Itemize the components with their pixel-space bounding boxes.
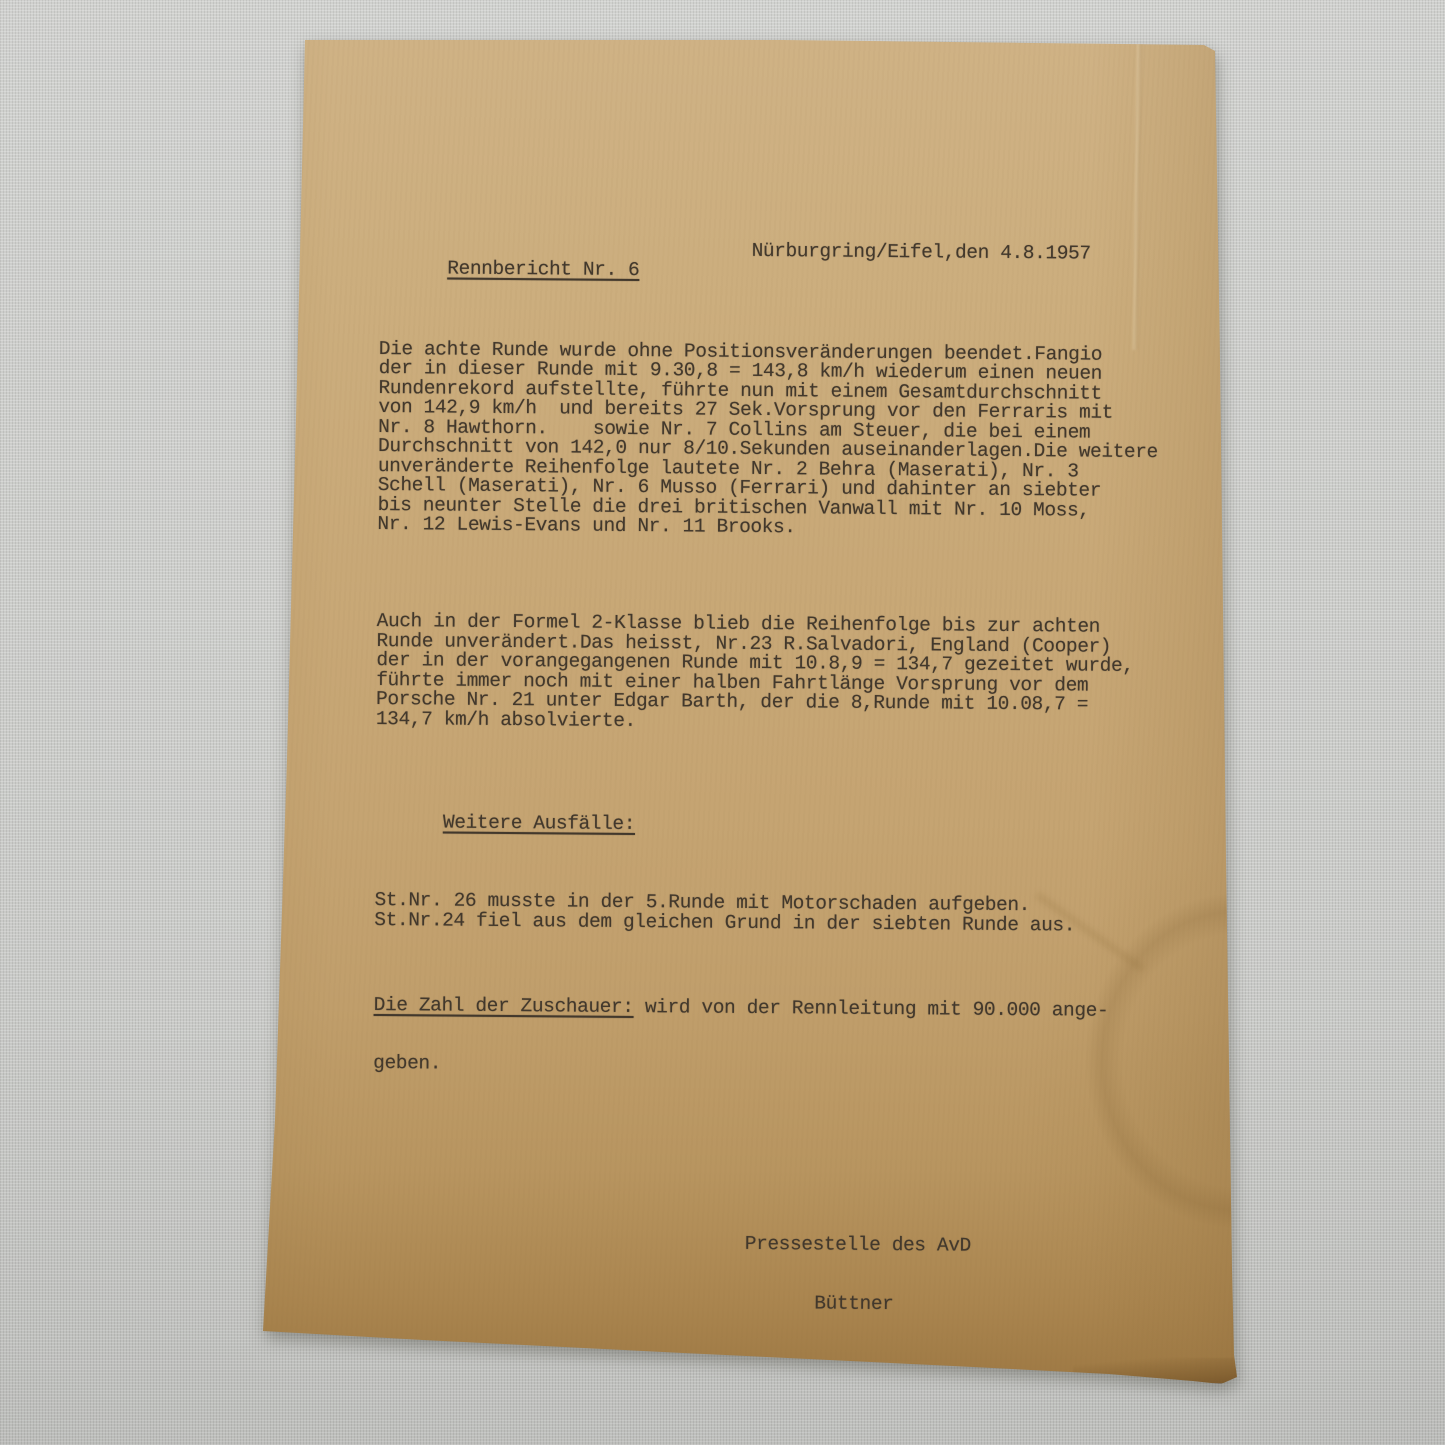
report-dateline: Nürburgring/Eifel,den 4.8.1957 xyxy=(752,242,1091,264)
retirements-lines: St.Nr. 26 musste in der 5.Runde mit Moto… xyxy=(374,891,1174,936)
report-header-row: Rennbericht Nr. 6 Nürburgring/Eifel,den … xyxy=(380,239,1180,265)
signature-block: Pressestelle des AvD Büttner xyxy=(744,1196,1172,1355)
signature-org: Pressestelle des AvD xyxy=(745,1235,1172,1258)
retirements-heading: Weitere Ausfälle: xyxy=(443,812,635,836)
report-paragraph-2: Auch in der Formel 2-Klasse blieb die Re… xyxy=(376,612,1177,735)
spectators-continuation: geben. xyxy=(373,1054,1173,1080)
report-paragraph-1: Die achte Runde wurde ohne Positionsverä… xyxy=(377,339,1179,540)
typewritten-text-block: Rennbericht Nr. 6 Nürburgring/Eifel,den … xyxy=(371,200,1180,1394)
photo-scene-fabric-background: Rennbericht Nr. 6 Nürburgring/Eifel,den … xyxy=(0,0,1445,1445)
spectators-row: Die Zahl der Zuschauer: wird von der Ren… xyxy=(374,995,1174,1021)
spectators-text: wird von der Rennleitung mit 90.000 ange… xyxy=(634,996,1109,1022)
spectators-heading: Die Zahl der Zuschauer: xyxy=(374,993,634,1017)
report-title: Rennbericht Nr. 6 xyxy=(447,257,639,281)
retirements-heading-row: Weitere Ausfälle: xyxy=(375,793,1175,858)
signature-name: Büttner xyxy=(814,1294,1171,1316)
